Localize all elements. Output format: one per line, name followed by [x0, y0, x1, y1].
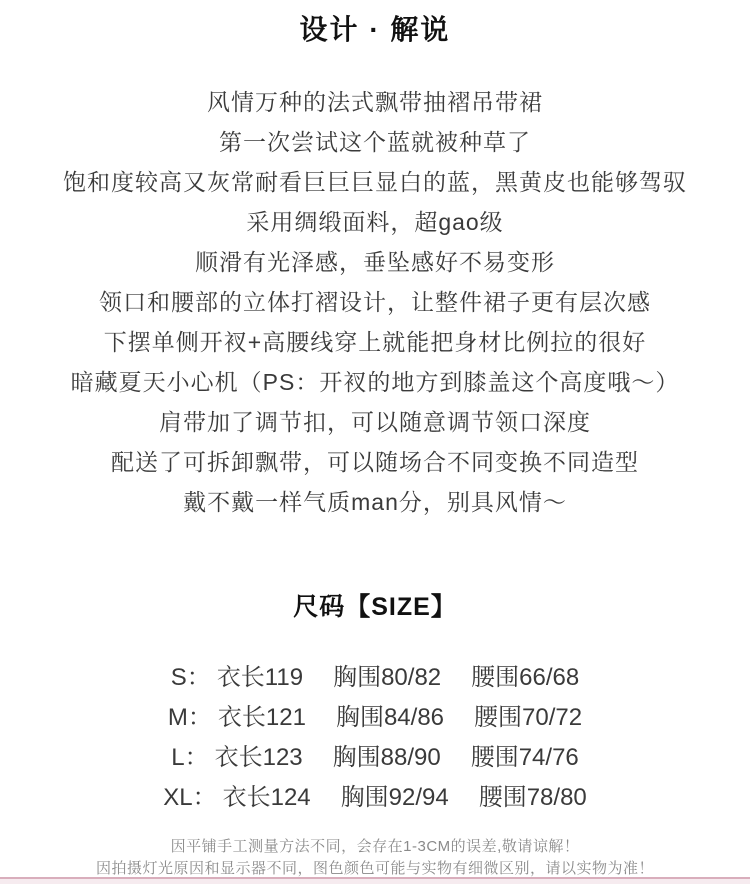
size-waist: 腰围70/72 [474, 698, 582, 738]
size-waist: 腰围74/76 [471, 738, 579, 778]
size-label: M： [168, 698, 212, 738]
description-line: 戴不戴一样气质man分，别具风情～ [0, 482, 750, 522]
size-label: XL： [163, 778, 216, 818]
size-bust: 胸围92/94 [341, 778, 449, 818]
product-description-page: 设计 · 解说 风情万种的法式飘带抽褶吊带裙 第一次尝试这个蓝就被种草了 饱和度… [0, 0, 750, 884]
description-line: 暗藏夏天小心机（PS：开衩的地方到膝盖这个高度哦～） [0, 362, 750, 402]
description-line: 领口和腰部的立体打褶设计，让整件裙子更有层次感 [0, 282, 750, 322]
description-line: 配送了可拆卸飘带，可以随场合不同变换不同造型 [0, 442, 750, 482]
note-line-measurement: 因平铺手工测量方法不同，会存在1-3CM的误差,敬请谅解！ [0, 836, 750, 858]
size-bust: 胸围84/86 [336, 698, 444, 738]
description-line: 饱和度较高又灰常耐看巨巨巨显白的蓝，黑黄皮也能够驾驭 [0, 162, 750, 202]
size-bust: 胸围88/90 [333, 738, 441, 778]
size-length: 衣长119 [217, 658, 303, 698]
description-line: 肩带加了调节扣，可以随意调节领口深度 [0, 402, 750, 442]
size-waist: 腰围66/68 [471, 658, 579, 698]
size-label: L： [171, 738, 208, 778]
disclaimer-notes: 因平铺手工测量方法不同，会存在1-3CM的误差,敬请谅解！ 因拍摄灯光原因和显示… [0, 836, 750, 880]
size-waist: 腰围78/80 [479, 778, 587, 818]
size-chart-table: S： 衣长119 胸围80/82 腰围66/68 M： 衣长121 胸围84/8… [0, 658, 750, 818]
size-bust: 胸围80/82 [333, 658, 441, 698]
size-label: S： [171, 658, 211, 698]
description-line: 顺滑有光泽感，垂坠感好不易变形 [0, 242, 750, 282]
description-block: 风情万种的法式飘带抽褶吊带裙 第一次尝试这个蓝就被种草了 饱和度较高又灰常耐看巨… [0, 82, 750, 522]
size-chart-heading: 尺码【SIZE】 [0, 589, 750, 625]
size-row-s: S： 衣长119 胸围80/82 腰围66/68 [0, 658, 750, 698]
section-divider-strip [0, 877, 750, 884]
size-row-l: L： 衣长123 胸围88/90 腰围74/76 [0, 738, 750, 778]
page-title: 设计 · 解说 [0, 0, 750, 48]
size-length: 衣长121 [218, 698, 306, 738]
size-length: 衣长123 [215, 738, 303, 778]
size-length: 衣长124 [223, 778, 311, 818]
description-line: 风情万种的法式飘带抽褶吊带裙 [0, 82, 750, 122]
size-row-xl: XL： 衣长124 胸围92/94 腰围78/80 [0, 778, 750, 818]
description-line: 采用绸缎面料，超gao级 [0, 202, 750, 242]
description-line: 下摆单侧开衩+高腰线穿上就能把身材比例拉的很好 [0, 322, 750, 362]
description-line: 第一次尝试这个蓝就被种草了 [0, 122, 750, 162]
size-row-m: M： 衣长121 胸围84/86 腰围70/72 [0, 698, 750, 738]
